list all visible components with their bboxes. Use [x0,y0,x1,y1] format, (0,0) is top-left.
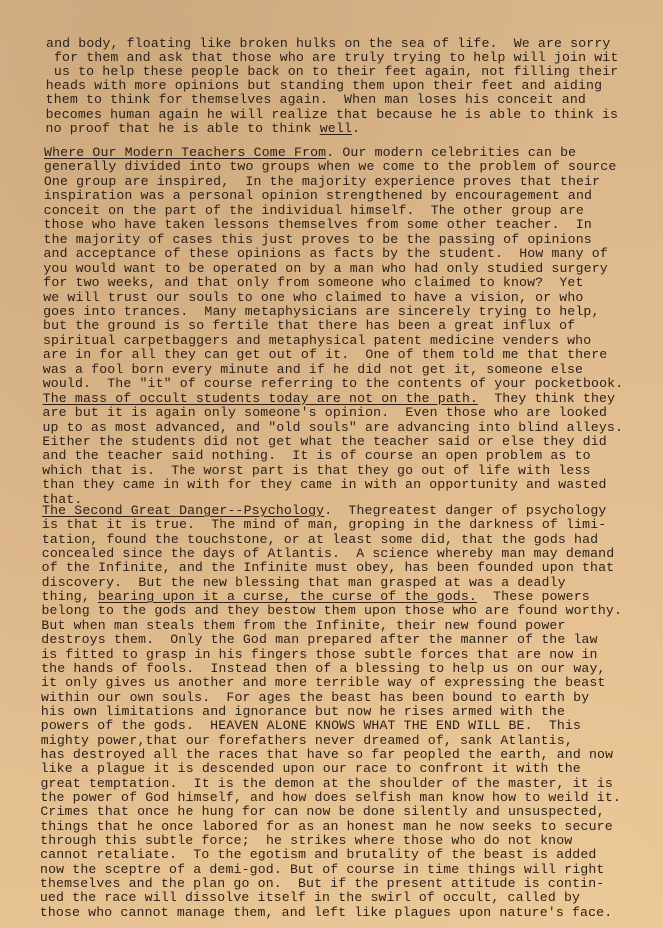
text-segment: belong to the gods and they bestow them … [41,603,622,618]
text-segment: up to as most advanced, and "old souls" … [42,420,623,435]
text-segment: inspiration was a personal opinion stren… [44,188,592,203]
text-segment: them to think for themselves again. When… [46,92,586,107]
text-line: us to help these people back on to their… [46,65,619,79]
text-line: destroys them. Only the God man prepared… [41,633,597,647]
text-line: discovery. But the new blessing that man… [42,576,566,590]
text-segment: the majority of cases this just proves t… [44,232,592,247]
text-segment: themselves and the plan go on. But if th… [40,876,604,891]
text-line: spiritual carpetbaggers and metaphysical… [43,334,591,348]
text-line: things that he once labored for as an ho… [40,820,613,834]
text-segment: within our own souls. For ages the beast… [41,690,589,705]
text-line: those who have taken lessons themselves … [44,218,592,232]
text-segment: concealed since the days of Atlantis. A … [42,546,615,561]
underlined-text: The Second Great Danger--Psychology [42,503,324,518]
text-segment: mighty power,that our forefathers never … [41,733,573,748]
text-line: The Second Great Danger--Psychology. The… [42,504,606,518]
text-line: it only gives us another and more terrib… [41,676,605,690]
text-line: ued the race will dissolve itself in the… [40,891,580,905]
text-line: cannot retaliate. To the egotism and bru… [40,848,596,862]
text-segment: his own limitations and ignorance but no… [41,704,565,719]
text-segment: powers of the gods. HEAVEN ALONE KNOWS W… [41,718,581,733]
typewritten-page: and body, floating like broken hulks on … [0,0,663,928]
text-segment: for them and ask that those who are trul… [46,50,619,65]
text-line: them to think for themselves again. When… [46,93,586,107]
text-line: through this subtle force; he strikes wh… [40,834,572,848]
text-segment: was a fool born every minute and if he d… [43,362,583,377]
text-segment: heads with more opinions but standing th… [46,78,602,93]
text-segment: . Thegreatest danger of psychology [324,503,606,518]
text-segment: But when man steals them from the Infini… [41,618,565,633]
text-line: heads with more opinions but standing th… [46,79,602,93]
text-line: for two weeks, and that only from someon… [43,276,583,290]
text-line: becomes human again he will realize that… [46,108,619,122]
text-line: Either the students did not get what the… [42,435,606,449]
underlined-text: bearing upon it a curse, the curse of th… [98,589,477,604]
text-segment: us to help these people back on to their… [46,64,619,79]
text-segment: tation, found the touchstone, or at leas… [42,532,598,547]
text-segment: through this subtle force; he strikes wh… [40,833,572,848]
text-segment: for two weeks, and that only from someon… [43,275,583,290]
text-segment: but the ground is so fertile that there … [43,318,575,333]
text-line: is that it is true. The mind of man, gro… [42,518,606,532]
underlined-text: Where Our Modern Teachers Come From [44,145,326,160]
text-line: are but it is again only someone's opini… [43,406,607,420]
text-segment: things that he once labored for as an ho… [40,819,613,834]
text-segment: Either the students did not get what the… [42,434,606,449]
text-line: generally divided into two groups when w… [44,160,617,174]
text-segment: destroys them. Only the God man prepared… [41,632,597,647]
text-line: within our own souls. For ages the beast… [41,691,589,705]
text-segment: is fitted to grasp in his fingers those … [41,647,597,662]
text-line: great temptation. It is the demon at the… [40,777,613,791]
text-line: those who cannot manage them, and left l… [40,906,613,920]
text-segment: and the teacher said nothing. It is of c… [42,448,590,463]
text-line: his own limitations and ignorance but no… [41,705,565,719]
text-segment: Crimes that once he hung for can now be … [40,804,604,819]
text-segment: are but it is again only someone's opini… [43,405,607,420]
text-segment: spiritual carpetbaggers and metaphysical… [43,333,591,348]
text-line: like a plague it is descended upon our r… [41,762,581,776]
text-line: The mass of occult students today are no… [43,392,616,406]
text-segment: . Our modern celebrities can be [326,145,576,160]
text-segment: and body, floating like broken hulks on … [46,36,610,51]
text-segment: goes into trances. Many metaphysicians a… [43,304,599,319]
text-segment: it only gives us another and more terrib… [41,675,605,690]
text-line: belong to the gods and they bestow them … [41,604,622,618]
text-line: are in for all they can get out of it. O… [43,348,607,362]
text-segment: cannot retaliate. To the egotism and bru… [40,847,596,862]
text-line: than they came in with for they came in … [42,478,606,492]
text-segment: we will trust our souls to one who claim… [43,290,583,305]
text-segment: the power of God himself, and how does s… [40,790,621,805]
text-line: which that is. The worst part is that th… [42,464,590,478]
text-line: But when man steals them from the Infini… [41,619,565,633]
text-segment: which that is. The worst part is that th… [42,463,590,478]
text-line: goes into trances. Many metaphysicians a… [43,305,599,319]
text-line: but the ground is so fertile that there … [43,319,575,333]
text-segment: These powers [477,589,590,604]
text-line: tation, found the touchstone, or at leas… [42,533,598,547]
text-segment: those who cannot manage them, and left l… [40,905,613,920]
text-line: mighty power,that our forefathers never … [41,734,573,748]
text-line: for them and ask that those who are trul… [46,51,619,65]
text-segment: the hands of fools. Instead then of a bl… [41,661,605,676]
text-line: has destroyed all the races that have so… [41,748,614,762]
text-segment: like a plague it is descended upon our r… [41,761,581,776]
underlined-text: well [320,121,352,136]
text-line: powers of the gods. HEAVEN ALONE KNOWS W… [41,719,581,733]
text-line: would. The "it" of course referring to t… [43,377,624,391]
text-line: you would want to be operated on by a ma… [43,262,607,276]
text-line: no proof that he is able to think well. [46,122,361,136]
text-line: now the sceptre of a demi-god. But of co… [40,863,604,877]
text-line: the majority of cases this just proves t… [44,233,592,247]
text-line: thing, bearing upon it a curse, the curs… [42,590,590,604]
text-segment: has destroyed all the races that have so… [41,747,614,762]
text-line: Crimes that once he hung for can now be … [40,805,604,819]
text-segment: conceit on the part of the individual hi… [44,203,584,218]
text-segment: becomes human again he will realize that… [46,107,619,122]
text-segment: than they came in with for they came in … [42,477,606,492]
text-segment: One group are inspired, In the majority … [44,174,600,189]
text-line: we will trust our souls to one who claim… [43,291,583,305]
text-line: Where Our Modern Teachers Come From. Our… [44,146,576,160]
text-segment: generally divided into two groups when w… [44,159,617,174]
text-segment: of the Infinite, and the Infinite must o… [42,560,615,575]
text-segment: now the sceptre of a demi-god. But of co… [40,862,604,877]
text-line: the hands of fools. Instead then of a bl… [41,662,605,676]
text-segment: is that it is true. The mind of man, gro… [42,517,606,532]
text-line: themselves and the plan go on. But if th… [40,877,604,891]
text-line: was a fool born every minute and if he d… [43,363,583,377]
text-segment: those who have taken lessons themselves … [44,217,592,232]
text-segment: and acceptance of these opinions as fact… [43,246,607,261]
text-segment: . [352,121,360,136]
text-segment: would. The "it" of course referring to t… [43,376,624,391]
text-line: inspiration was a personal opinion stren… [44,189,592,203]
text-line: concealed since the days of Atlantis. A … [42,547,615,561]
text-segment: thing, [42,589,98,604]
text-segment: They think they [478,391,615,406]
text-line: up to as most advanced, and "old souls" … [42,421,623,435]
text-segment: you would want to be operated on by a ma… [43,261,607,276]
text-segment: ued the race will dissolve itself in the… [40,890,580,905]
text-line: and the teacher said nothing. It is of c… [42,449,590,463]
text-line: of the Infinite, and the Infinite must o… [42,561,615,575]
text-line: conceit on the part of the individual hi… [44,204,584,218]
text-segment: discovery. But the new blessing that man… [42,575,566,590]
text-line: the power of God himself, and how does s… [40,791,621,805]
underlined-text: The mass of occult students today are no… [43,391,478,406]
text-line: is fitted to grasp in his fingers those … [41,648,597,662]
text-line: One group are inspired, In the majority … [44,175,600,189]
text-segment: no proof that he is able to think [46,121,320,136]
text-line: and acceptance of these opinions as fact… [43,247,607,261]
text-segment: are in for all they can get out of it. O… [43,347,607,362]
text-line: and body, floating like broken hulks on … [46,37,610,51]
text-segment: great temptation. It is the demon at the… [40,776,613,791]
